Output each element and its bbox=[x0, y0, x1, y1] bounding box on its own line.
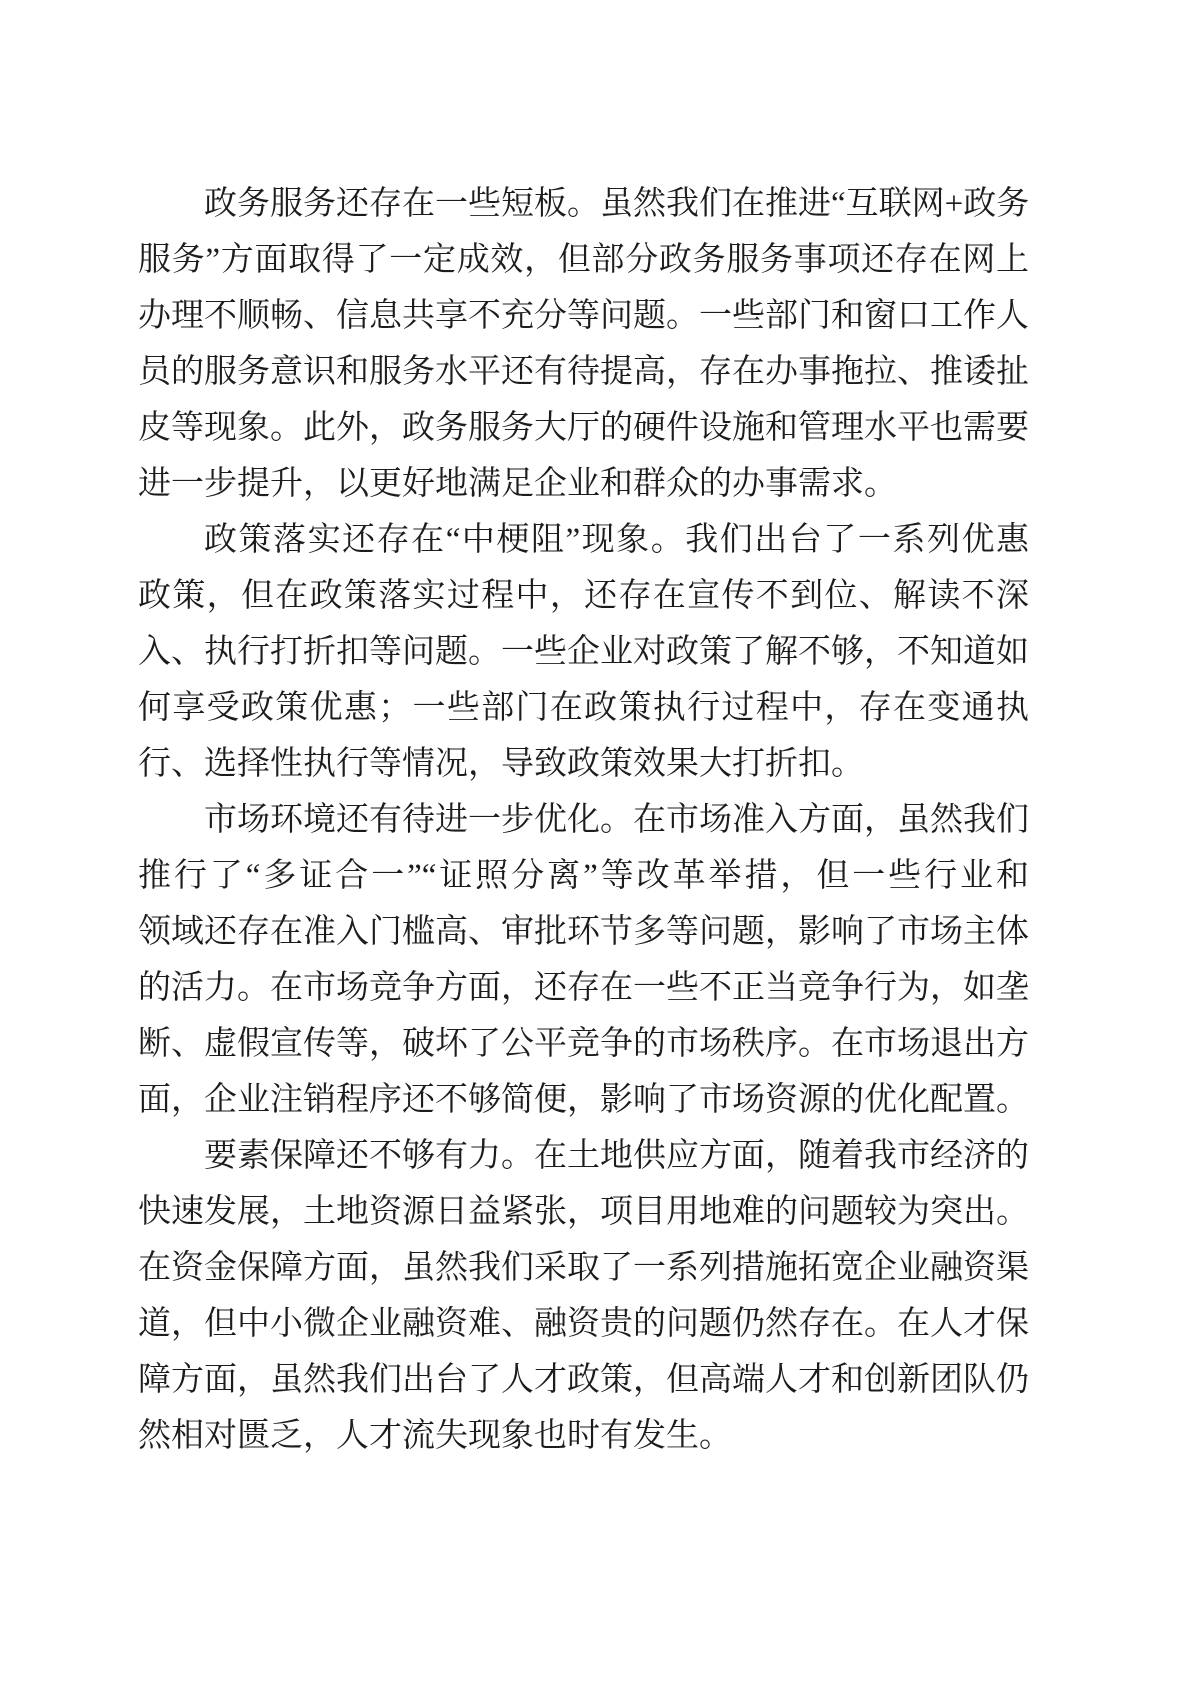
text-line: 皮等现象。此外，政务服务大厅的硬件设施和管理水平也需要 bbox=[138, 400, 1029, 456]
paragraph: 市场环境还有待进一步优化。在市场准入方面，虽然我们推行了“多证合一”“证照分离”… bbox=[138, 792, 1029, 1128]
text-line: 办理不顺畅、信息共享不充分等问题。一些部门和窗口工作人 bbox=[138, 288, 1029, 344]
text-line: 的活力。在市场竞争方面，还存在一些不正当竞争行为，如垄 bbox=[138, 960, 1029, 1016]
paragraph: 政务服务还存在一些短板。虽然我们在推进“互联网+政务服务”方面取得了一定成效，但… bbox=[138, 176, 1029, 512]
text-line: 政策，但在政策落实过程中，还存在宣传不到位、解读不深 bbox=[138, 568, 1029, 624]
text-line: 何享受政策优惠；一些部门在政策执行过程中，存在变通执 bbox=[138, 680, 1029, 736]
paragraph: 要素保障还不够有力。在土地供应方面，随着我市经济的快速发展，土地资源日益紧张，项… bbox=[138, 1128, 1029, 1464]
paragraph: 政策落实还存在“中梗阻”现象。我们出台了一系列优惠政策，但在政策落实过程中，还存… bbox=[138, 512, 1029, 792]
text-line: 行、选择性执行等情况，导致政策效果大打折扣。 bbox=[138, 736, 1029, 792]
text-line: 要素保障还不够有力。在土地供应方面，随着我市经济的 bbox=[138, 1128, 1029, 1184]
text-line: 政务服务还存在一些短板。虽然我们在推进“互联网+政务 bbox=[138, 176, 1029, 232]
text-line: 推行了“多证合一”“证照分离”等改革举措，但一些行业和 bbox=[138, 848, 1029, 904]
text-line: 入、执行打折扣等问题。一些企业对政策了解不够，不知道如 bbox=[138, 624, 1029, 680]
text-line: 断、虚假宣传等，破坏了公平竞争的市场秩序。在市场退出方 bbox=[138, 1016, 1029, 1072]
text-line: 领域还存在准入门槛高、审批环节多等问题，影响了市场主体 bbox=[138, 904, 1029, 960]
text-line: 道，但中小微企业融资难、融资贵的问题仍然存在。在人才保 bbox=[138, 1296, 1029, 1352]
text-line: 面，企业注销程序还不够简便，影响了市场资源的优化配置。 bbox=[138, 1072, 1029, 1128]
document-page: 政务服务还存在一些短板。虽然我们在推进“互联网+政务服务”方面取得了一定成效，但… bbox=[0, 0, 1190, 1683]
text-line: 员的服务意识和服务水平还有待提高，存在办事拖拉、推诿扯 bbox=[138, 344, 1029, 400]
text-line: 快速发展，土地资源日益紧张，项目用地难的问题较为突出。 bbox=[138, 1184, 1029, 1240]
text-line: 市场环境还有待进一步优化。在市场准入方面，虽然我们 bbox=[138, 792, 1029, 848]
text-line: 在资金保障方面，虽然我们采取了一系列措施拓宽企业融资渠 bbox=[138, 1240, 1029, 1296]
text-line: 障方面，虽然我们出台了人才政策，但高端人才和创新团队仍 bbox=[138, 1352, 1029, 1408]
text-line: 政策落实还存在“中梗阻”现象。我们出台了一系列优惠 bbox=[138, 512, 1029, 568]
text-line: 进一步提升，以更好地满足企业和群众的办事需求。 bbox=[138, 456, 1029, 512]
text-line: 然相对匮乏，人才流失现象也时有发生。 bbox=[138, 1408, 1029, 1464]
text-line: 服务”方面取得了一定成效，但部分政务服务事项还存在网上 bbox=[138, 232, 1029, 288]
document-body: 政务服务还存在一些短板。虽然我们在推进“互联网+政务服务”方面取得了一定成效，但… bbox=[138, 176, 1029, 1464]
